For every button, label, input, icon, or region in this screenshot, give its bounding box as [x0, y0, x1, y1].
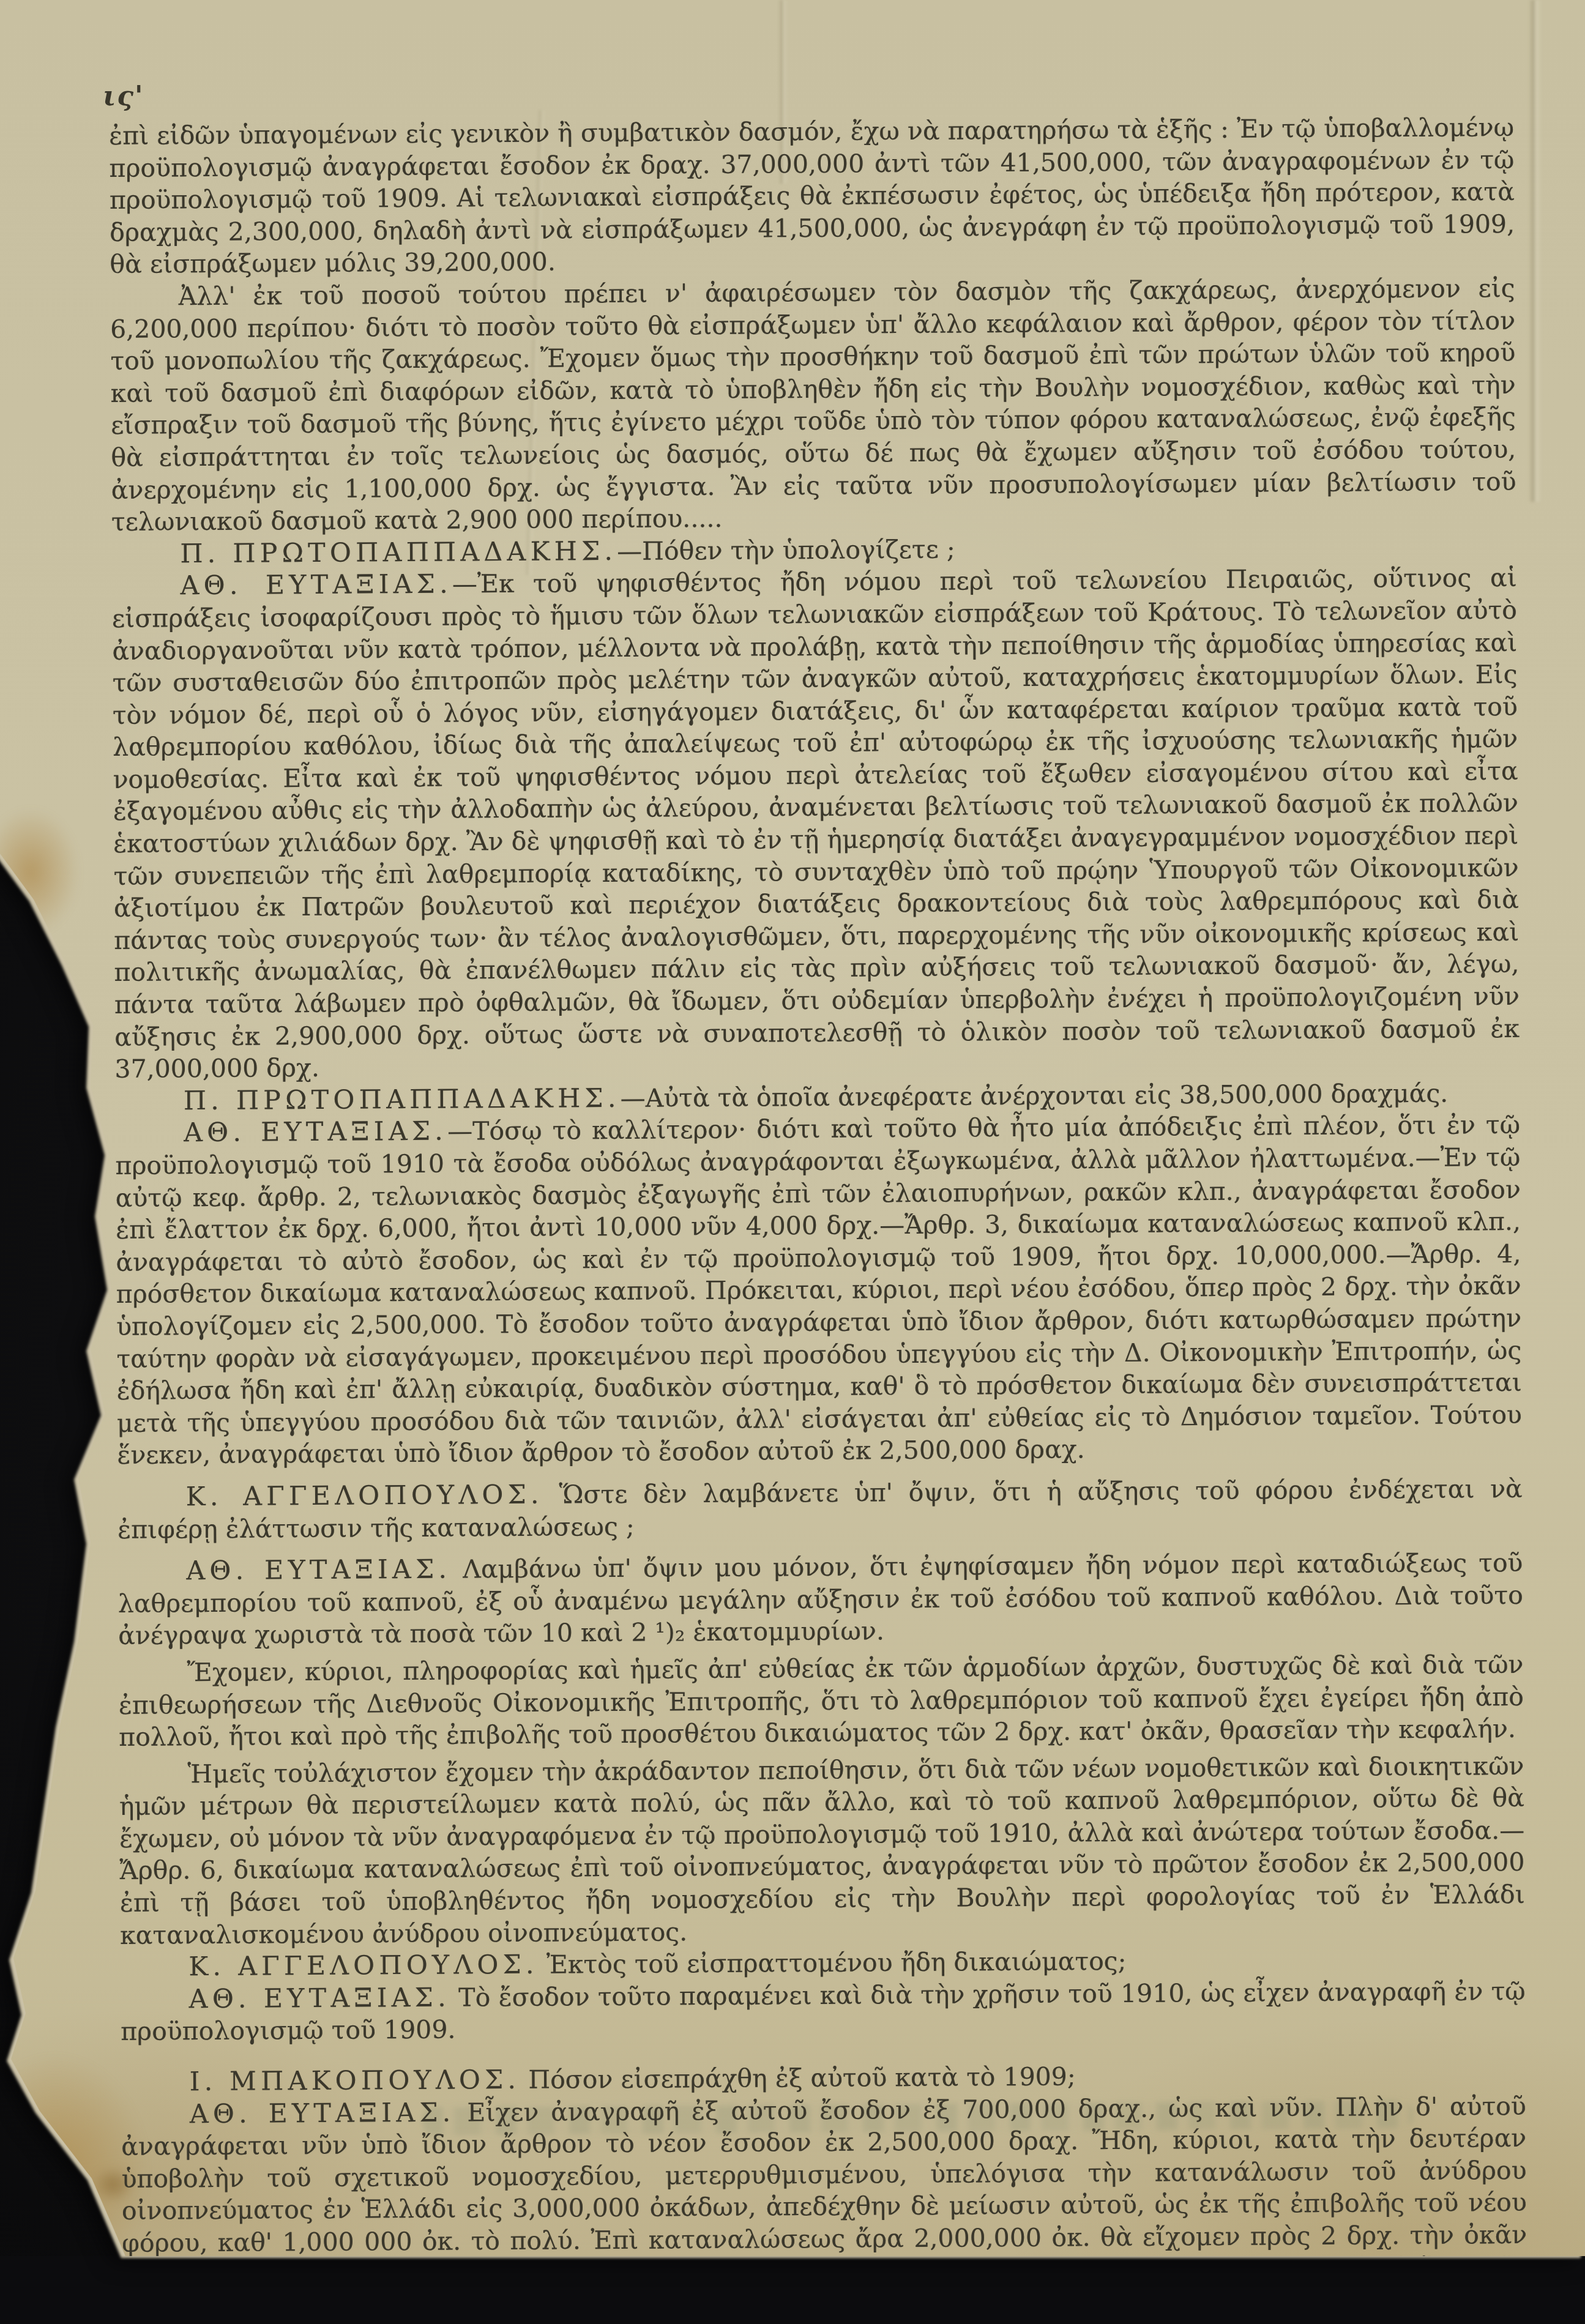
speaker-name: Κ. ΑΓΓΕΛΟΠΟΥΛΟΣ.	[188, 1950, 539, 1982]
paragraph: ΑΘ. ΕΥΤΑΞΙΑΣ. Εἶχεν ἀναγραφῆ ἐξ αὐτοῦ ἔσ…	[121, 2090, 1527, 2256]
speaker-name: ΑΘ. ΕΥΤΑΞΙΑΣ.	[186, 1554, 451, 1587]
paragraph: Κ. ΑΓΓΕΛΟΠΟΥΛΟΣ. Ὥστε δὲν λαμβάνετε ὑπ' …	[117, 1473, 1523, 1546]
paragraph-text: —Τόσῳ τὸ καλλίτερον· διότι καὶ τοῦτο θὰ …	[115, 1110, 1522, 1470]
paper-wrapper: ις' ἐπὶ εἰδῶν ὑπαγομένων εἰς γενικὸν ἢ σ…	[0, 0, 1585, 2256]
paragraph: ΑΘ. ΕΥΤΑΞΙΑΣ.—Τόσῳ τὸ καλλίτερον· διότι …	[115, 1109, 1522, 1472]
speaker-name: ΑΘ. ΕΥΤΑΞΙΑΣ.	[184, 1116, 447, 1149]
paragraph: Ἔχομεν, κύριοι, πληροφορίας καὶ ἡμεῖς ἀπ…	[118, 1648, 1524, 1754]
paragraph: Ἀλλ' ἐκ τοῦ ποσοῦ τούτου πρέπει ν' ἀφαιρ…	[110, 272, 1517, 538]
paragraph-text: Πόσον εἰσεπράχθη ἐξ αὐτοῦ κατὰ τὸ 1909;	[520, 2061, 1076, 2095]
speaker-name: Κ. ΑΓΓΕΛΟΠΟΥΛΟΣ.	[186, 1480, 543, 1513]
stain	[0, 808, 80, 936]
fold-crease-right	[1529, 0, 1542, 502]
paragraph: Ἡμεῖς τοὐλάχιστον ἔχομεν τὴν ἀκράδαντον …	[119, 1750, 1525, 1952]
speaker-name: Π. ΠΡΩΤΟΠΑΠΠΑΔΑΚΗΣ.	[180, 536, 617, 569]
paragraph: ΑΘ. ΕΥΤΑΞΙΑΣ.—Ἐκ τοῦ ψηφισθέντος ἤδη νόμ…	[111, 562, 1520, 1086]
paragraph-text: Ἔχομεν, κύριοι, πληροφορίας καὶ ἡμεῖς ἀπ…	[119, 1650, 1524, 1752]
speaker-name: Π. ΠΡΩΤΟΠΑΠΠΑΔΑΚΗΣ.	[184, 1083, 621, 1116]
page-number: ις'	[103, 81, 144, 112]
document-page: ις' ἐπὶ εἰδῶν ὑπαγομένων εἰς γενικὸν ἢ σ…	[0, 0, 1585, 2256]
paragraph-text: Ἡμεῖς τοὐλάχιστον ἔχομεν τὴν ἀκράδαντον …	[119, 1751, 1525, 1950]
paragraph: ἐπὶ εἰδῶν ὑπαγομένων εἰς γενικὸν ἢ συμβα…	[109, 111, 1515, 281]
paragraph-text: Ἀλλ' ἐκ τοῦ ποσοῦ τούτου πρέπει ν' ἀφαιρ…	[110, 274, 1516, 537]
paragraph-text: —Αὐτὰ τὰ ὁποῖα ἀνεφέρατε ἀνέρχονται εἰς …	[621, 1078, 1449, 1112]
paragraph-text: —Πόθεν τὴν ὑπολογίζετε ;	[617, 534, 955, 565]
paragraph: ΑΘ. ΕΥΤΑΞΙΑΣ. Λαμβάνω ὑπ' ὄψιν μου μόνον…	[117, 1547, 1523, 1652]
body-text: ἐπὶ εἰδῶν ὑπαγομένων εἰς γενικὸν ἢ συμβα…	[109, 111, 1527, 2256]
paragraph-text: —Ἐκ τοῦ ψηφισθέντος ἤδη νόμου περὶ τοῦ τ…	[112, 563, 1520, 1084]
speaker-name: Ι. ΜΠΑΚΟΠΟΥΛΟΣ.	[189, 2065, 520, 2097]
paragraph-text: Ἐκτὸς τοῦ εἰσπραττομένου ἤδη δικαιώματος…	[539, 1946, 1127, 1979]
speaker-name: ΑΘ. ΕΥΤΑΞΙΑΣ.	[189, 1982, 450, 2014]
speaker-name: ΑΘ. ΕΥΤΑΞΙΑΣ.	[181, 569, 453, 601]
speaker-name: ΑΘ. ΕΥΤΑΞΙΑΣ.	[190, 2097, 455, 2129]
paragraph: ΑΘ. ΕΥΤΑΞΙΑΣ. Τὸ ἔσοδον τοῦτο παραμένει …	[121, 1975, 1526, 2048]
paragraph-text: ἐπὶ εἰδῶν ὑπαγομένων εἰς γενικὸν ἢ συμβα…	[109, 113, 1515, 279]
